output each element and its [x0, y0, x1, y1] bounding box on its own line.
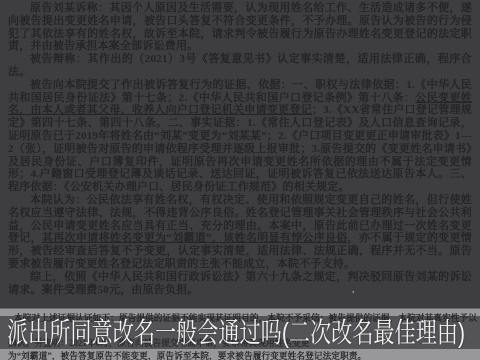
evidence-text-continued: ；3.《XX省常住户口登记管理规定》第四十七条、第四十八条。二、事实证据：1.《… [8, 104, 472, 193]
doc-paragraph-ruling: 综上，依照《中华人民共和国行政诉讼法》第六十九条之规定，判决驳回原告刘某的诉讼请… [8, 271, 472, 297]
video-title-overlay: 派出所同意改名一般会通过吗(二次改名最佳理由) [7, 316, 465, 349]
evidence-text: 被告向本院提交了作出被诉答复行为的证据、依据：一、职权与法律依据：1.《中华人民… [8, 79, 472, 104]
band-request-line: 为“刘霸道”，被告答复原告不能变更，原告诉至本院，要求被告履行变更姓名登记法定职… [8, 349, 366, 360]
stray-light-mark: ’ [352, 291, 354, 301]
opinion-underlined-clause: 其再次申请将姓名变更为“刘霸道”，该姓名明显有悖公序良俗 [42, 232, 348, 244]
court-judgment-body: 原告刘某诉称：其因个人原因及生活需要，认为现用姓名给工作、生活造成诸多不便，遂向… [0, 0, 480, 296]
bottom-light-strip: 本院对上述证据认证如下：原告提供的证据不能实现其证明目的，本院不予采信；被告提供… [0, 308, 480, 360]
thumbnail-page: 原告刘某诉称：其因个人原因及生活需要，认为现用姓名给工作、生活造成诸多不便，遂向… [0, 0, 480, 360]
doc-paragraph-evidence-list: 被告向本院提交了作出被诉答复行为的证据、依据：一、职权与法律依据：1.《中华人民… [8, 79, 472, 194]
doc-paragraph-court-opinion: 本院认为：公民依法享有姓名权，有权决定、使用和依照规定变更自己的姓名，但行使姓名… [8, 194, 472, 271]
doc-paragraph-defendant-reply: 被告辩称：其作出的（2021）3号《答复意见书》认定事实清楚，适用法律正确，程序… [8, 53, 472, 79]
doc-paragraph-plaintiff-claim: 原告刘某诉称：其因个人原因及生活需要，认为现用姓名给工作、生活造成诸多不便，遂向… [8, 2, 472, 53]
